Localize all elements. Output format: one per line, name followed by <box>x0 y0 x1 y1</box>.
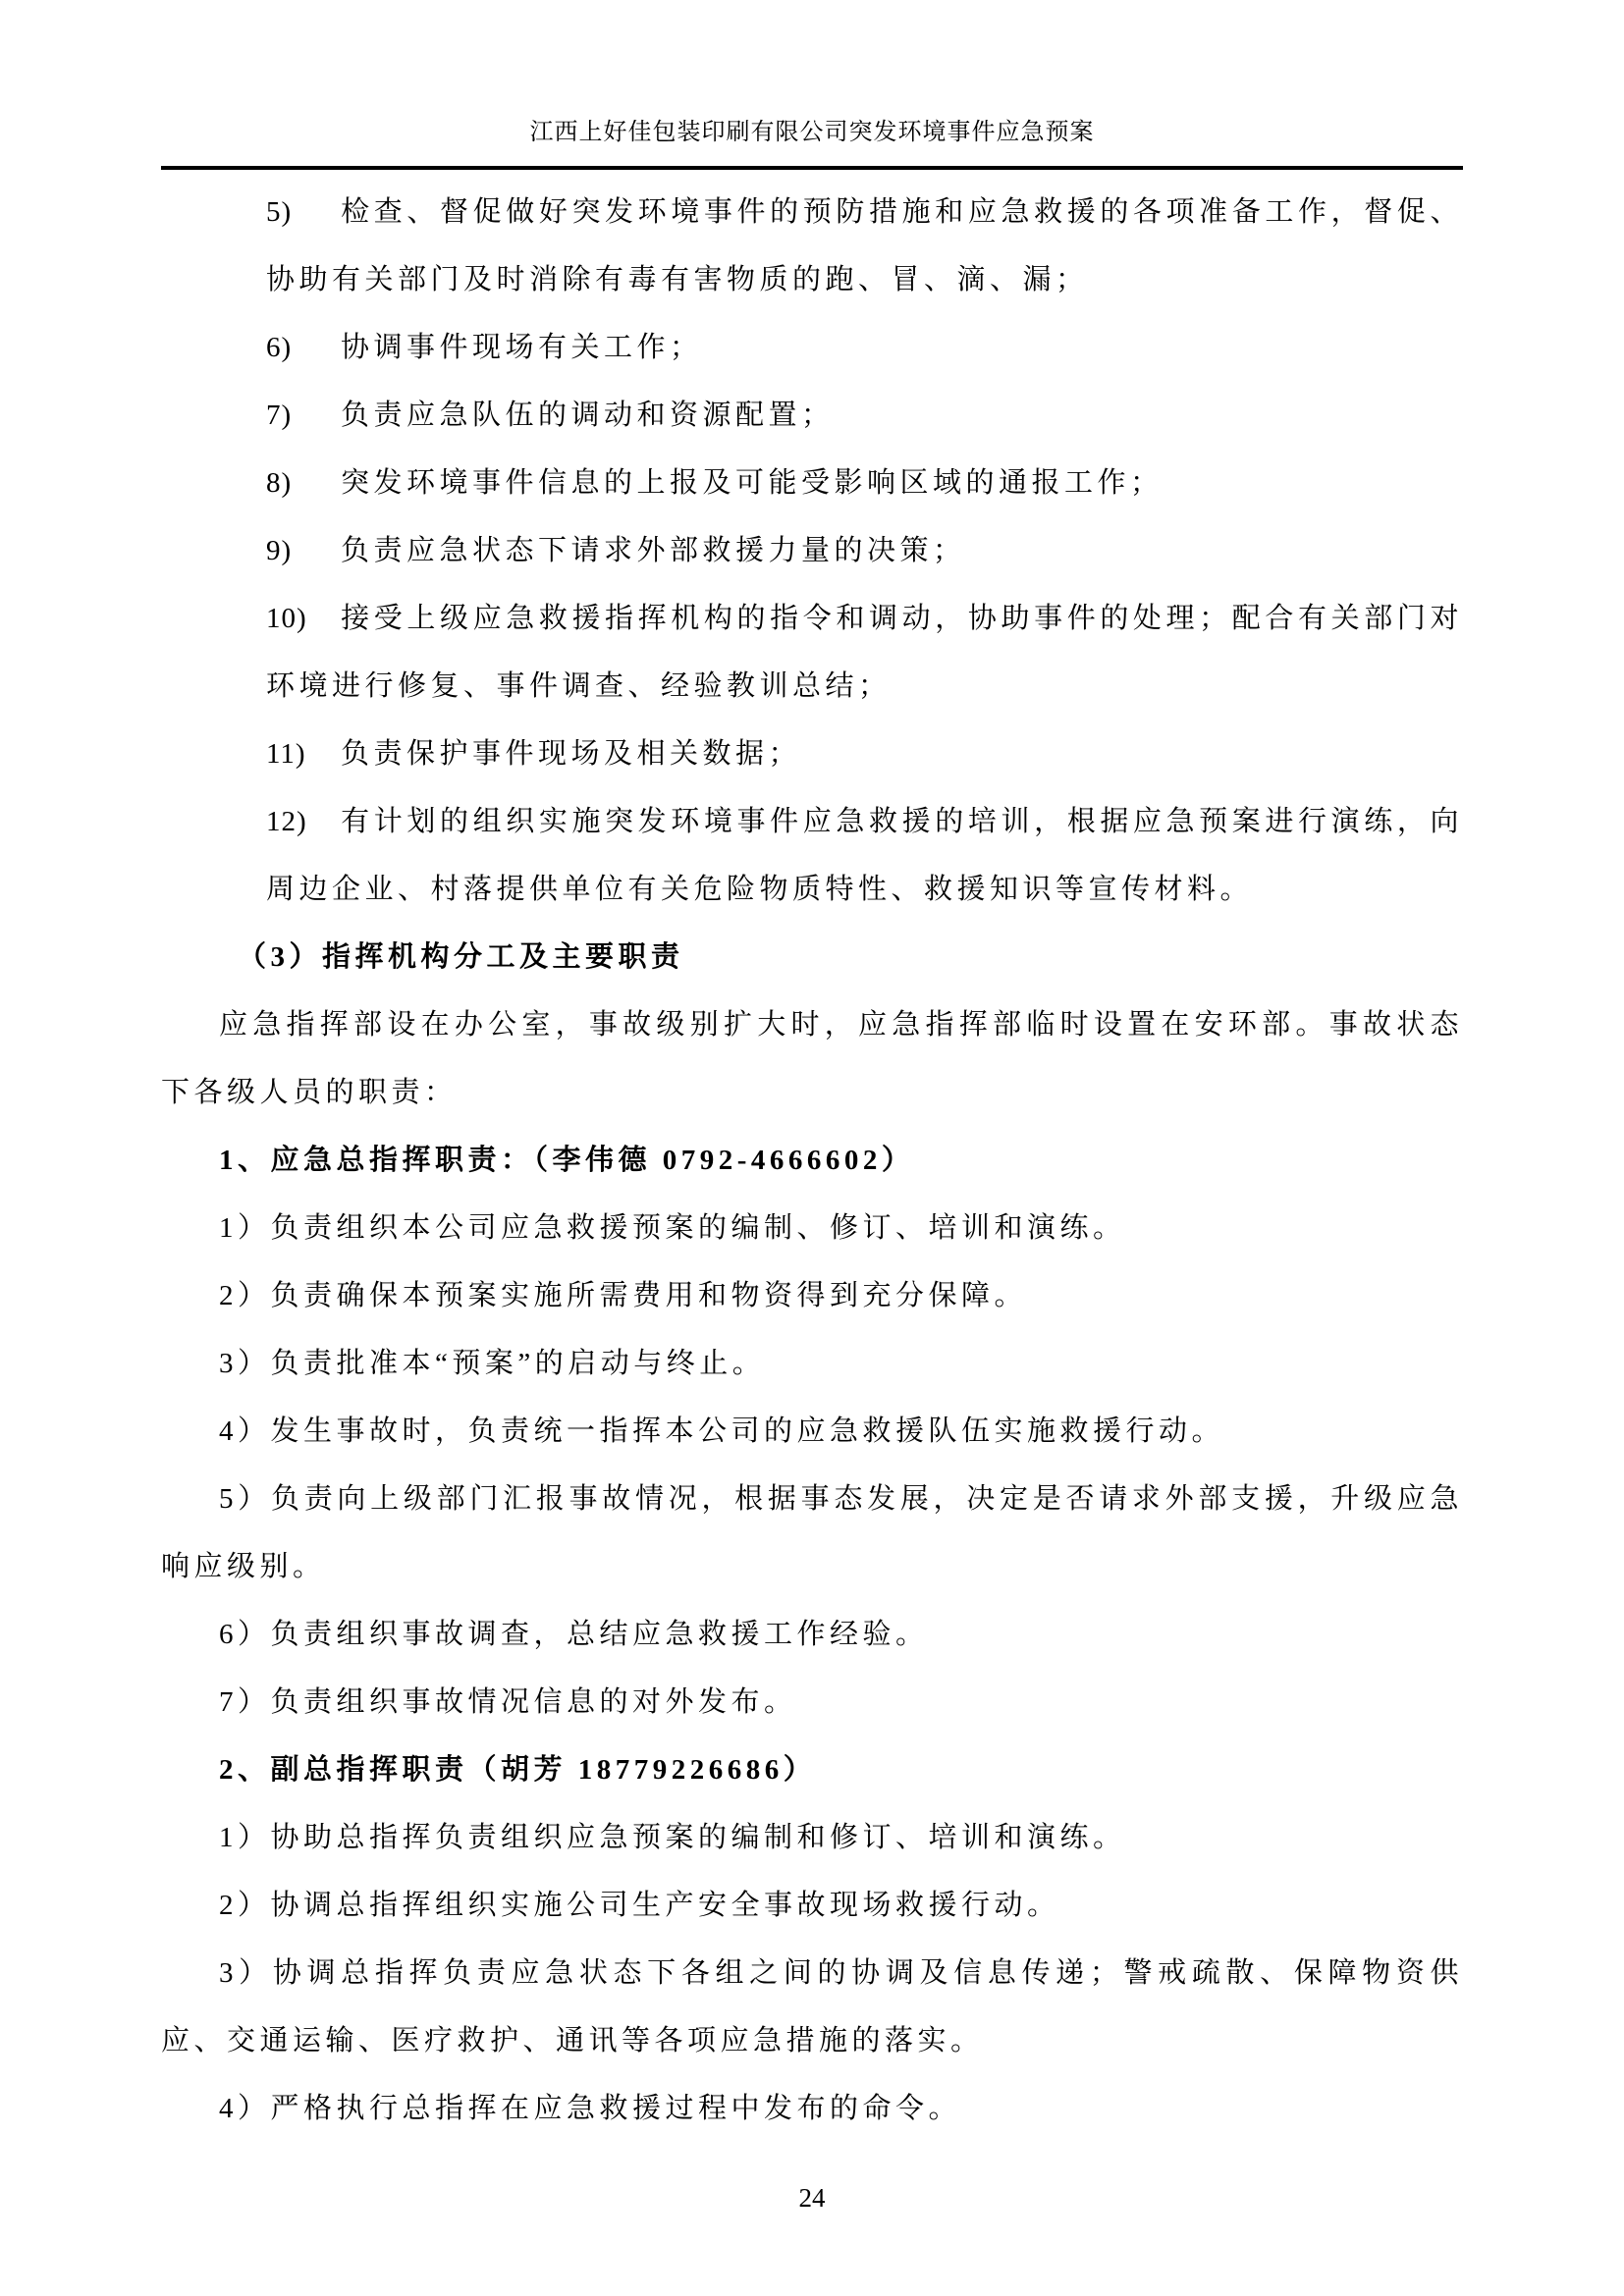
subsection-1-heading: 1、应急总指挥职责：（李伟德 0792-4666602） <box>161 1127 1463 1195</box>
list-item-number: 11) <box>266 721 341 788</box>
list-item: 10)接受上级应急救援指挥机构的指令和调动，协助事件的处理；配合有关部门对环境进… <box>266 585 1463 721</box>
list-item-number: 12) <box>266 788 341 856</box>
list-item-number: 10) <box>266 585 341 653</box>
page-footer: 24 <box>0 2181 1624 2215</box>
list-item-number: 8) <box>266 450 341 517</box>
section-heading: （3）指挥机构分工及主要职责 <box>161 924 1463 991</box>
list-item: 2）协调总指挥组织实施公司生产安全事故现场救援行动。 <box>161 1872 1463 1940</box>
list-item: 7）负责组织事故情况信息的对外发布。 <box>161 1669 1463 1736</box>
list-item: 11)负责保护事件现场及相关数据； <box>266 721 1463 788</box>
list-item-number: 7) <box>266 382 341 450</box>
page-header: 江西上好佳包装印刷有限公司突发环境事件应急预案 <box>161 118 1463 147</box>
list-item: 7)负责应急队伍的调动和资源配置； <box>266 382 1463 450</box>
list-item: 8)突发环境事件信息的上报及可能受影响区域的通报工作； <box>266 450 1463 517</box>
list-item-text: 检查、督促做好突发环境事件的预防措施和应急救援的各项准备工作，督促、协助有关部门… <box>266 196 1463 295</box>
list-item: 4）严格执行总指挥在应急救援过程中发布的命令。 <box>161 2075 1463 2143</box>
list-item-text: 突发环境事件信息的上报及可能受影响区域的通报工作； <box>341 467 1164 499</box>
list-item: 3）负责批准本“预案”的启动与终止。 <box>161 1330 1463 1398</box>
list-item-number: 5) <box>266 179 341 246</box>
header-rule <box>161 166 1463 170</box>
list-item: 5）负责向上级部门汇报事故情况，根据事态发展，决定是否请求外部支援，升级应急响应… <box>161 1466 1463 1601</box>
list-item: 12)有计划的组织实施突发环境事件应急救援的培训，根据应急预案进行演练，向周边企… <box>266 788 1463 924</box>
document-body: 5)检查、督促做好突发环境事件的预防措施和应急救援的各项准备工作，督促、协助有关… <box>161 179 1463 2143</box>
list-item: 6）负责组织事故调查，总结应急救援工作经验。 <box>161 1601 1463 1669</box>
list-item-text: 接受上级应急救援指挥机构的指令和调动，协助事件的处理；配合有关部门对环境进行修复… <box>266 603 1463 702</box>
page-number: 24 <box>799 2183 826 2213</box>
intro-paragraph: 应急指挥部设在办公室，事故级别扩大时，应急指挥部临时设置在安环部。事故状态下各级… <box>161 991 1463 1127</box>
subsection-2-heading: 2、副总指挥职责（胡芳 18779226686） <box>161 1736 1463 1804</box>
list-item-text: 负责应急队伍的调动和资源配置； <box>341 400 835 431</box>
list-item-text: 负责保护事件现场及相关数据； <box>341 738 801 770</box>
list-item: 1）负责组织本公司应急救援预案的编制、修订、培训和演练。 <box>161 1195 1463 1262</box>
list-item: 1）协助总指挥负责组织应急预案的编制和修订、培训和演练。 <box>161 1804 1463 1872</box>
document-page: 江西上好佳包装印刷有限公司突发环境事件应急预案 5)检查、督促做好突发环境事件的… <box>0 0 1624 2296</box>
list-item-number: 9) <box>266 517 341 585</box>
list-item-text: 负责应急状态下请求外部救援力量的决策； <box>341 535 966 566</box>
list-item: 2）负责确保本预案实施所需费用和物资得到充分保障。 <box>161 1262 1463 1330</box>
list-item-text: 协调事件现场有关工作； <box>341 332 703 363</box>
list-item: 9)负责应急状态下请求外部救援力量的决策； <box>266 517 1463 585</box>
numbered-list: 5)检查、督促做好突发环境事件的预防措施和应急救援的各项准备工作，督促、协助有关… <box>161 179 1463 924</box>
list-item: 4）发生事故时，负责统一指挥本公司的应急救援队伍实施救援行动。 <box>161 1398 1463 1466</box>
list-item-number: 6) <box>266 314 341 382</box>
list-item-text: 有计划的组织实施突发环境事件应急救援的培训，根据应急预案进行演练，向周边企业、村… <box>266 806 1463 905</box>
list-item: 3）协调总指挥负责应急状态下各组之间的协调及信息传递；警戒疏散、保障物资供应、交… <box>161 1940 1463 2075</box>
list-item: 6)协调事件现场有关工作； <box>266 314 1463 382</box>
list-item: 5)检查、督促做好突发环境事件的预防措施和应急救援的各项准备工作，督促、协助有关… <box>266 179 1463 314</box>
header-title: 江西上好佳包装印刷有限公司突发环境事件应急预案 <box>530 120 1095 145</box>
